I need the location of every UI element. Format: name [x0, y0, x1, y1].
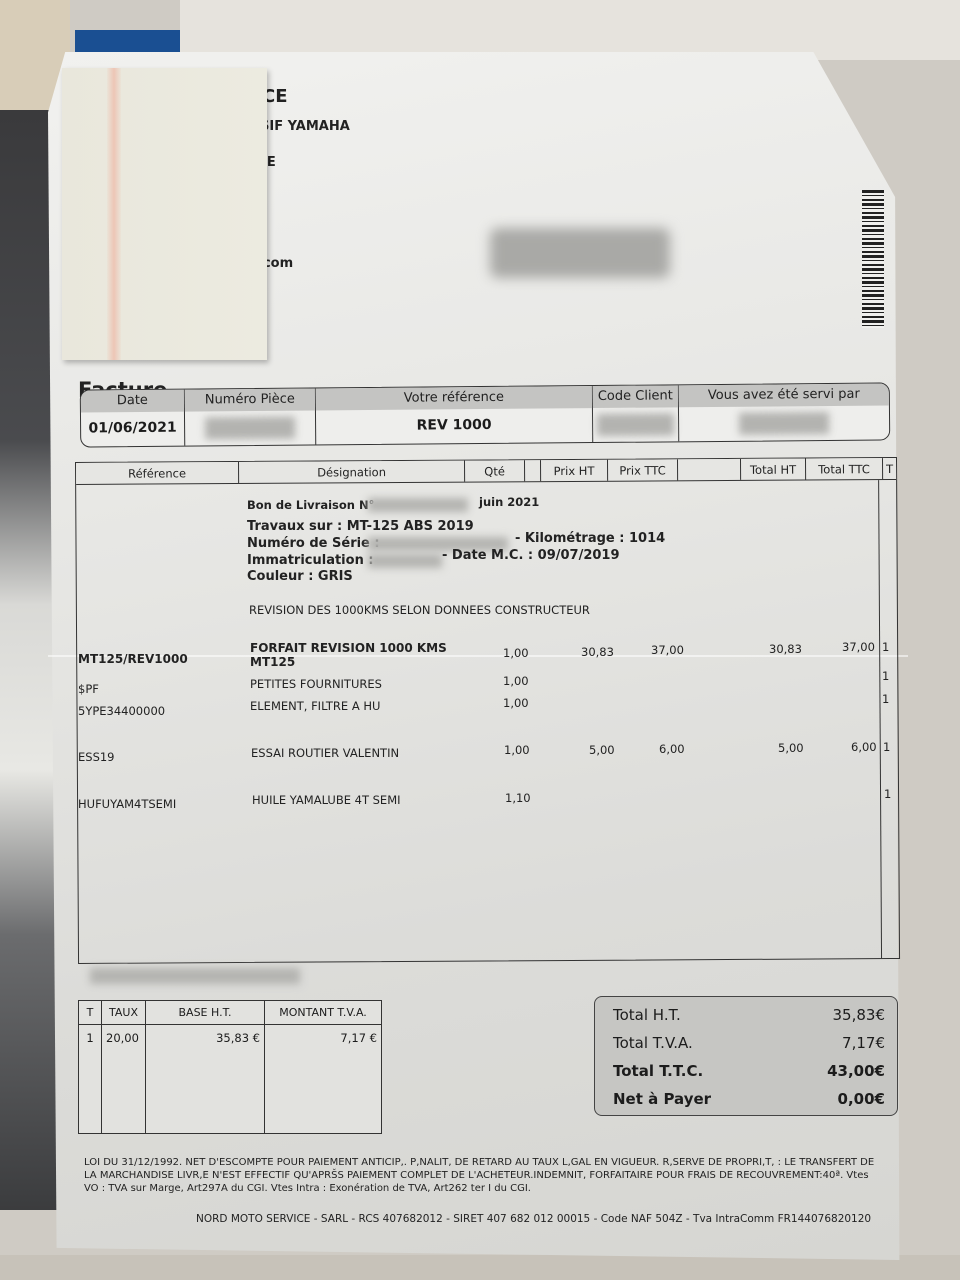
total-ttc-row: Total T.T.C. 43,00€	[613, 1057, 885, 1085]
total-ht-row: Total H.T. 35,83€	[613, 1001, 885, 1029]
row-tax-code: 1	[882, 692, 889, 706]
header-date: Date 01/06/2021	[81, 390, 185, 447]
row-unit-ttc: 37,00	[651, 643, 684, 657]
background-surface	[180, 0, 960, 60]
row-designation: FORFAIT REVISION 1000 KMS	[250, 641, 447, 655]
registration-label: Immatriculation :	[247, 553, 374, 568]
row-tax-code: 1	[882, 640, 889, 654]
invoice-date: 01/06/2021	[81, 412, 184, 447]
total-ttc-value: 43,00€	[827, 1062, 885, 1080]
company-registration: NORD MOTO SERVICE - SARL - RCS 407682012…	[196, 1213, 871, 1225]
row-ref: 5YPE34400000	[78, 704, 165, 718]
row-ref: ESS19	[78, 750, 115, 764]
row-tax-code: 1	[884, 787, 891, 801]
vat-amount: 7,17 €	[265, 1025, 381, 1051]
totals-box: Total H.T. 35,83€ Total T.V.A. 7,17€ Tot…	[594, 996, 898, 1116]
vat-table: T 1 TAUX 20,00 BASE H.T. 35,83 € MONTANT…	[78, 1000, 382, 1134]
header-client-code: Code Client	[593, 385, 679, 442]
row-total-ttc: 37,00	[842, 640, 875, 654]
legal-notice: LOI DU 31/12/1992. NET D'ESCOMPTE POUR P…	[84, 1156, 884, 1195]
header-served-by: Vous avez été servi par	[679, 383, 889, 441]
net-to-pay-value: 0,00€	[838, 1090, 885, 1108]
row-ref: HUFUYAM4TSEMI	[78, 797, 176, 811]
total-tva-value: 7,17€	[842, 1034, 885, 1052]
vat-base: 35,83 €	[146, 1025, 264, 1051]
row-qty: 1,00	[503, 696, 529, 710]
row-total-ttc: 6,00	[851, 740, 877, 754]
serial-label: Numéro de Série :	[247, 536, 380, 551]
row-designation: PETITES FOURNITURES	[250, 677, 382, 691]
total-ht-value: 35,83€	[833, 1006, 886, 1024]
redacted-delivery-number	[368, 498, 468, 512]
redacted-customer-address	[490, 228, 670, 278]
net-to-pay-row: Net à Payer 0,00€	[613, 1085, 885, 1113]
row-designation: ESSAI ROUTIER VALENTIN	[251, 746, 399, 760]
row-unit-ttc: 6,00	[659, 742, 685, 756]
row-designation: HUILE YAMALUBE 4T SEMI	[252, 793, 401, 807]
mileage: - Kilométrage : 1014	[515, 531, 665, 546]
sticky-note-cover	[62, 68, 267, 360]
delivery-date: juin 2021	[479, 495, 539, 509]
barcode	[862, 190, 884, 328]
total-tva-row: Total T.V.A. 7,17€	[613, 1029, 885, 1057]
row-designation: ELEMENT, FILTRE A HU	[250, 699, 380, 713]
vat-code: 1	[79, 1025, 101, 1051]
redacted-client-code	[597, 413, 674, 436]
company-subtitle: SIF YAMAHA	[260, 119, 350, 134]
row-total-ht: 5,00	[778, 741, 804, 755]
redacted-served-by	[739, 412, 829, 435]
row-designation-2: MT125	[250, 655, 295, 669]
lines-table-header: Référence Désignation Qté Prix HT Prix T…	[76, 458, 896, 485]
vehicle-color: Couleur : GRIS	[247, 569, 353, 584]
service-description: REVISION DES 1000KMS SELON DONNEES CONST…	[249, 603, 590, 617]
first-registration-date: - Date M.C. : 09/07/2019	[442, 548, 620, 563]
row-unit-ht: 30,83	[581, 645, 614, 659]
work-vehicle: Travaux sur : MT-125 ABS 2019	[247, 519, 474, 534]
row-ref: MT125/REV1000	[78, 652, 188, 666]
row-total-ht: 30,83	[769, 642, 802, 656]
invoice-header-box: Date 01/06/2021 Numéro Pièce Votre référ…	[80, 382, 890, 447]
row-qty: 1,00	[504, 743, 530, 757]
redacted-registration	[368, 554, 442, 568]
row-qty: 1,10	[505, 791, 531, 805]
invoice-lines-table: Référence Désignation Qté Prix HT Prix T…	[75, 457, 900, 964]
header-piece-number: Numéro Pièce	[185, 388, 316, 445]
vat-rate: 20,00	[102, 1025, 145, 1051]
redacted-note	[90, 968, 300, 984]
invoice-reference: REV 1000	[316, 408, 592, 444]
row-ref: $PF	[78, 682, 99, 696]
delivery-label: Bon de Livraison N°	[247, 498, 374, 512]
row-qty: 1,00	[503, 646, 529, 660]
row-tax-code: 1	[882, 669, 889, 683]
redacted-piece-number	[205, 417, 295, 440]
row-unit-ht: 5,00	[589, 743, 615, 757]
row-tax-code: 1	[883, 740, 890, 754]
header-reference: Votre référence REV 1000	[316, 386, 593, 444]
row-qty: 1,00	[503, 674, 529, 688]
